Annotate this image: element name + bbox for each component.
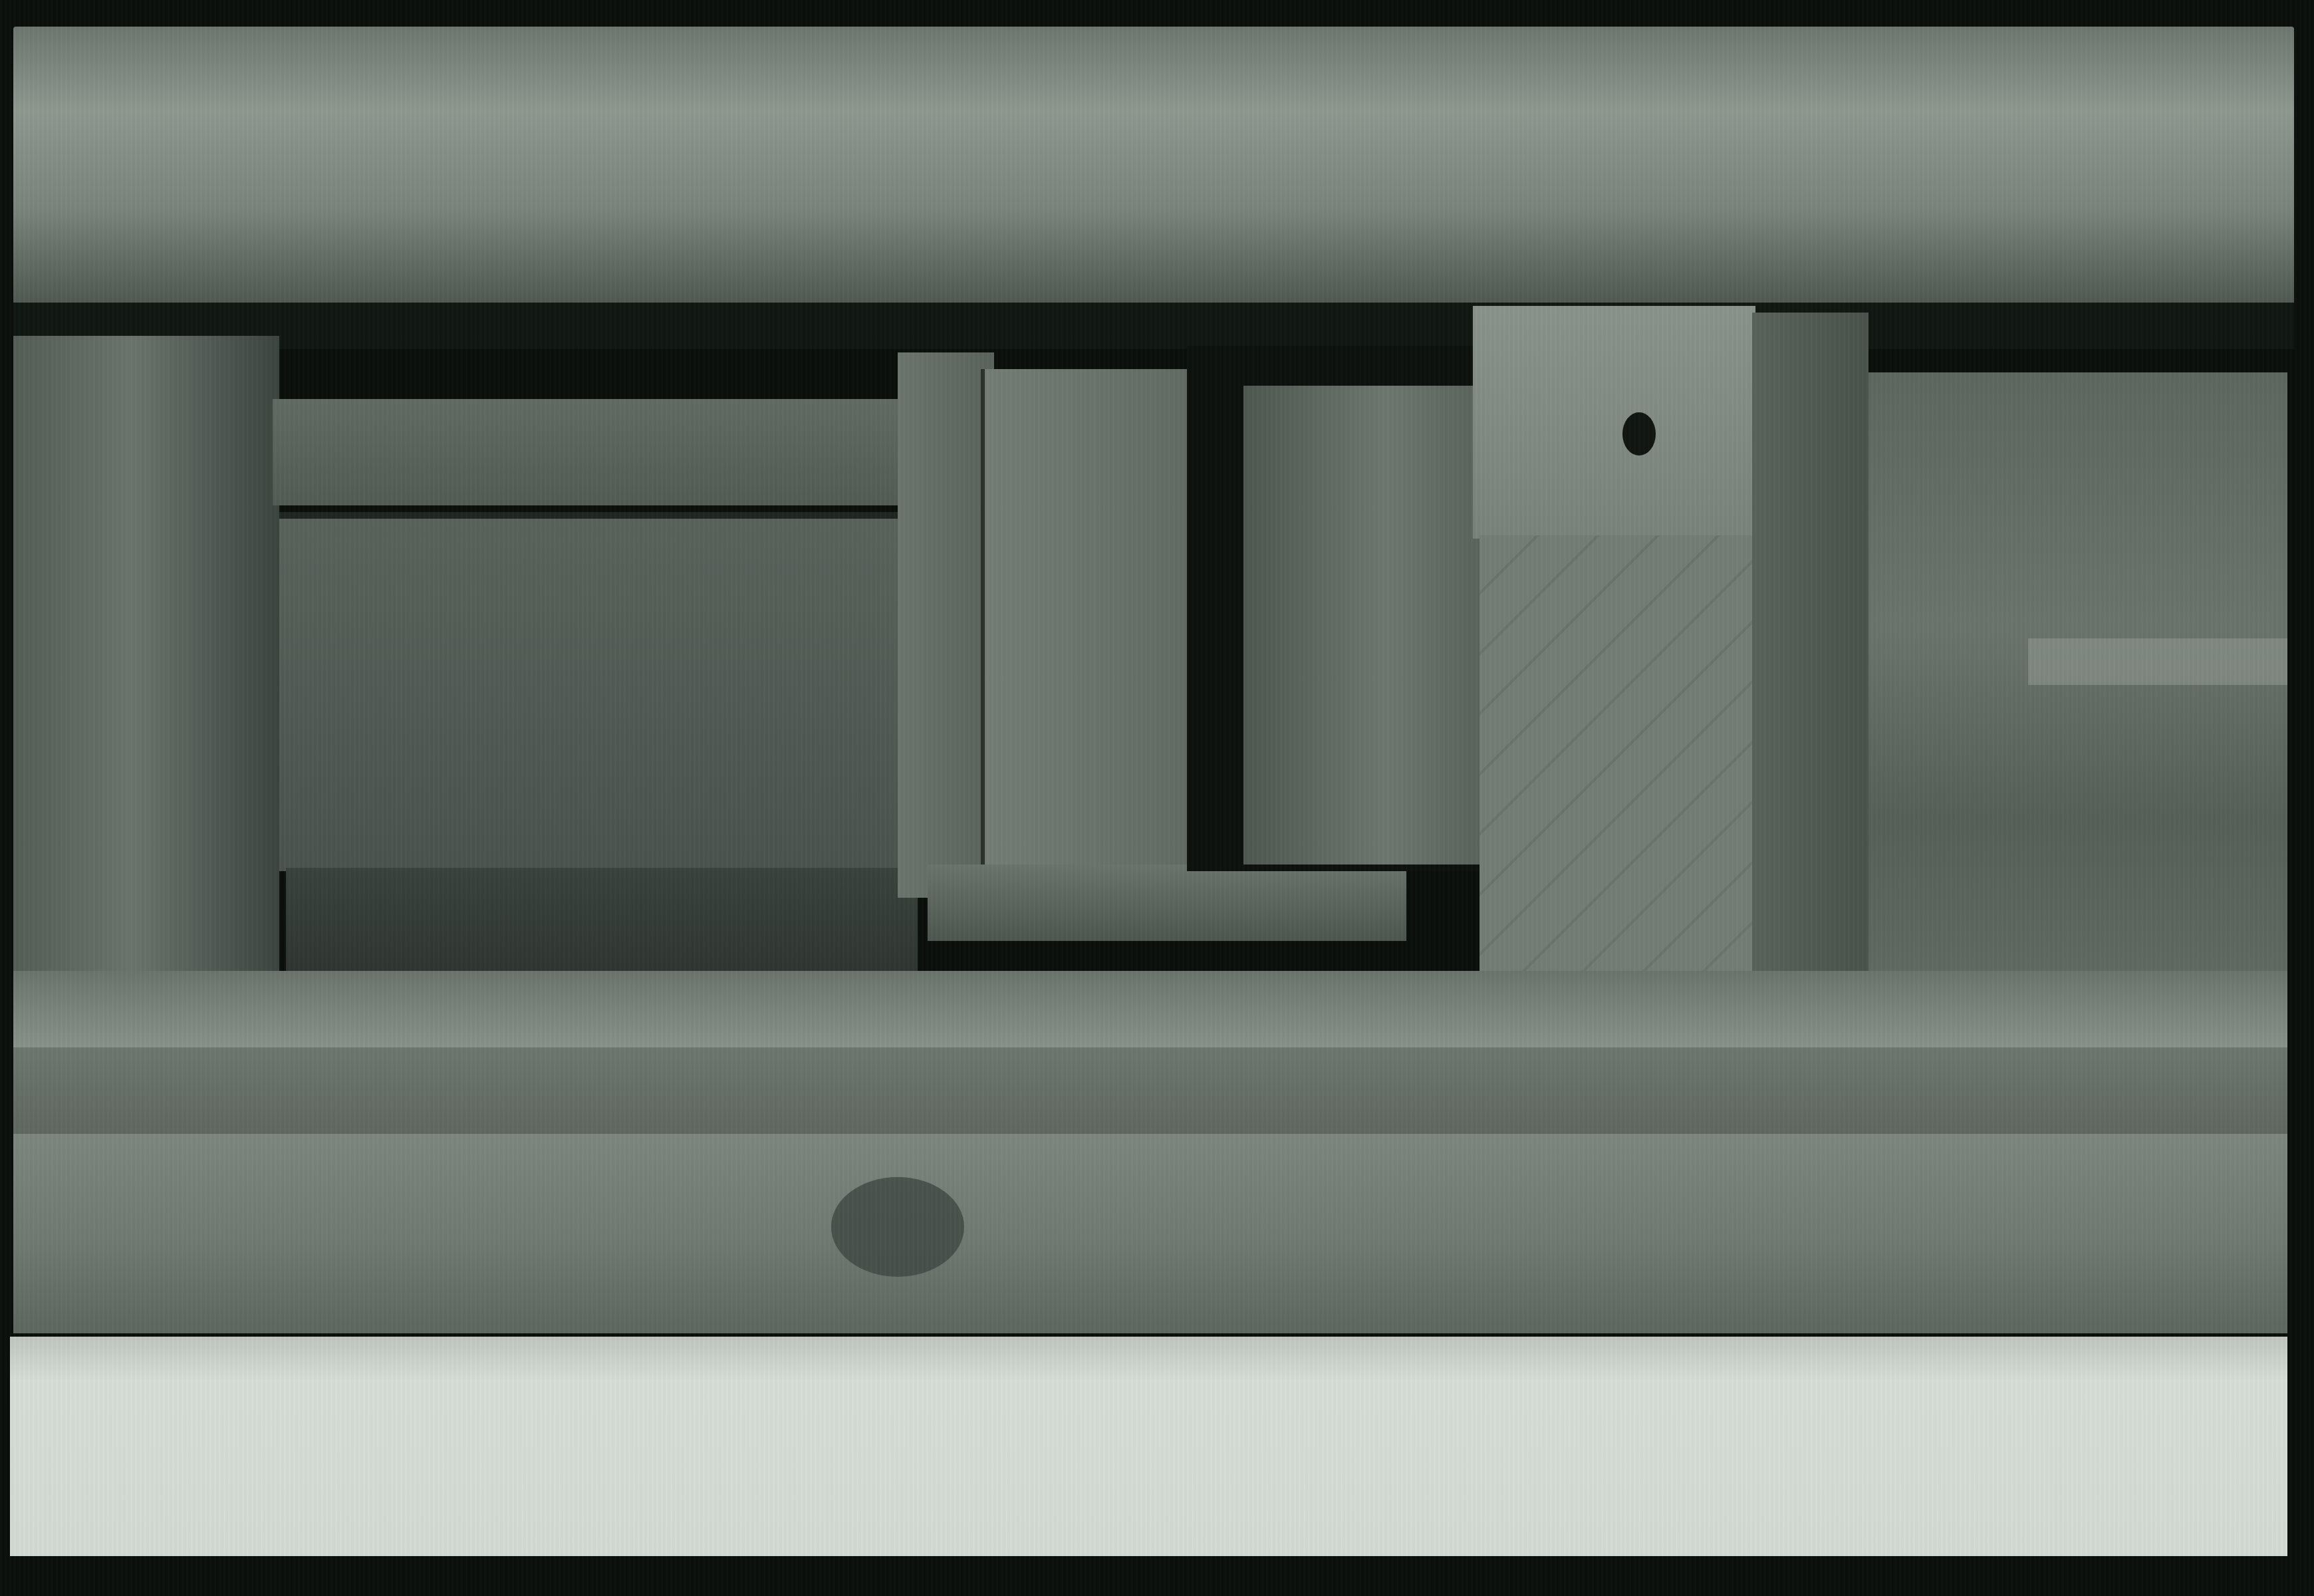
- bored-hole: [1622, 412, 1656, 456]
- left-post: [13, 336, 279, 1054]
- center-block-base: [928, 864, 1406, 941]
- stone-wall: [1868, 372, 2287, 1011]
- right-post-side: [1752, 313, 1868, 1034]
- center-block-left: [898, 352, 994, 898]
- top-beam: [13, 27, 2294, 306]
- sill-beam: [13, 1047, 2287, 1140]
- stone-joint: [2028, 638, 2287, 685]
- floor-ledge: [13, 971, 2287, 1051]
- center-block-right: [981, 369, 1191, 904]
- right-post-cap: [1473, 306, 1755, 539]
- photograph: [0, 0, 2314, 1596]
- left-panel-top: [273, 399, 904, 505]
- knot: [831, 1177, 964, 1277]
- concrete-base: [10, 1337, 2287, 1556]
- beam-shadow: [13, 303, 2294, 349]
- left-panel-bottom: [286, 868, 918, 981]
- left-panel: [279, 512, 904, 871]
- inner-block: [1243, 386, 1483, 864]
- sill-face: [13, 1134, 2287, 1333]
